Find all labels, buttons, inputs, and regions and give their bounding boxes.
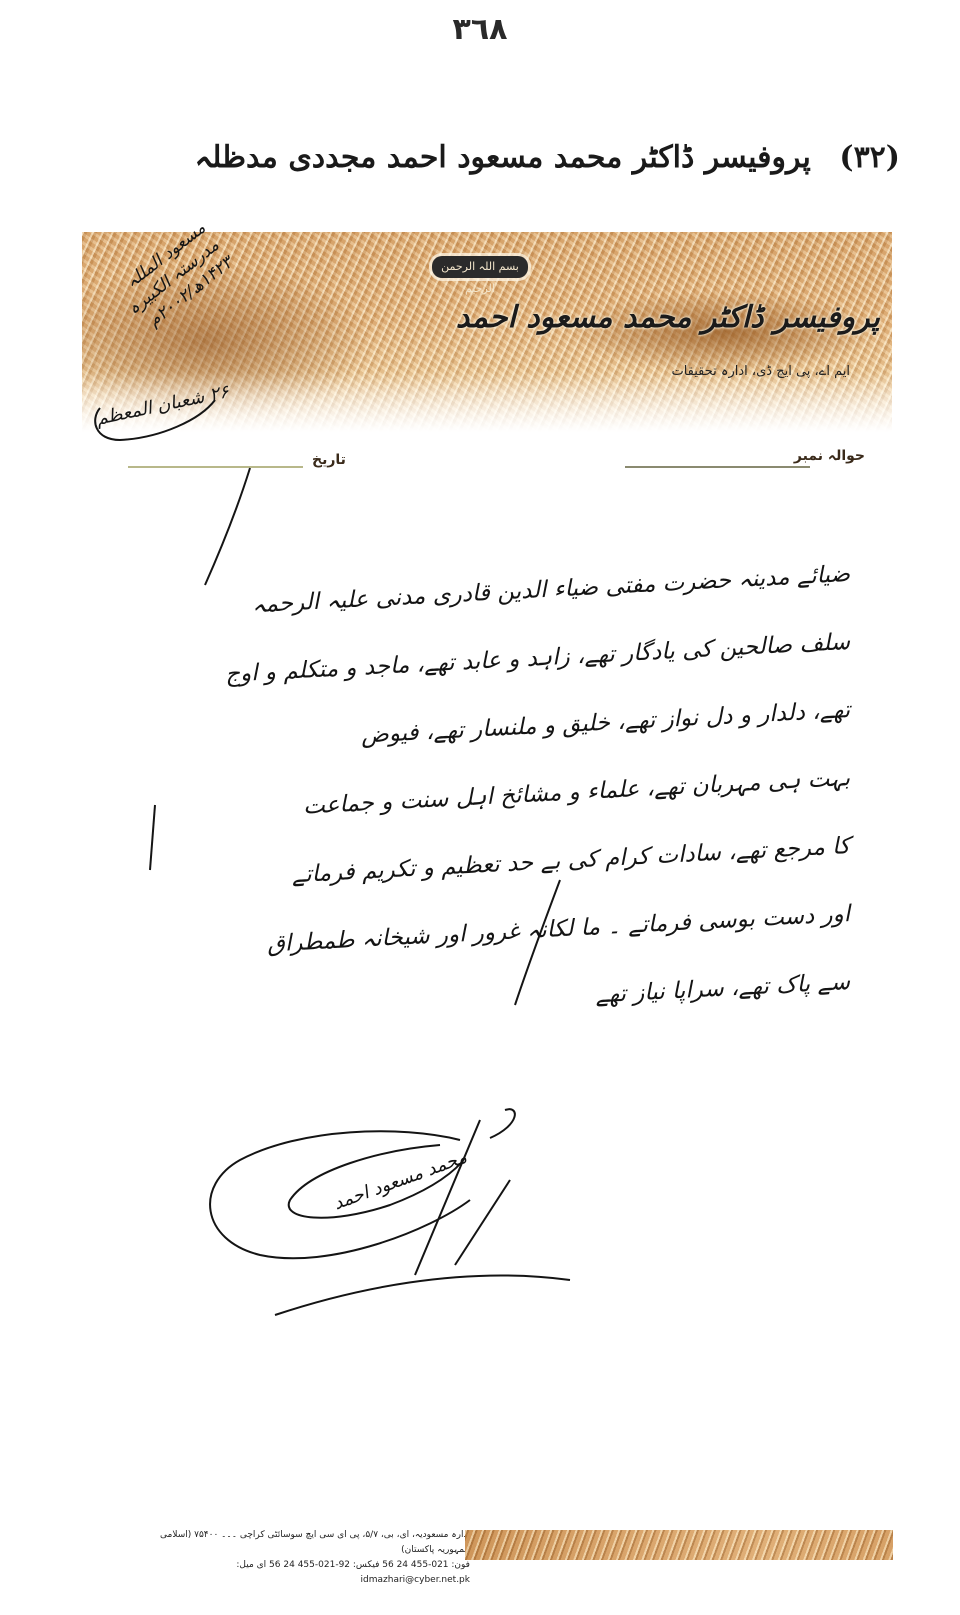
reference-number-line [625,466,810,468]
section-heading: (۳۲) پروفیسر ڈاکٹر محمد مسعود احمد مجددی… [195,140,900,175]
reference-number-label: حوالہ نمبر [794,448,865,464]
page-number: ۳٦۸ [0,12,960,47]
date-label: تاریخ [312,452,346,468]
letterhead-footer: ادارہ مسعودیہ، ای، بی، ۵/۷، پی ای سی ایچ… [120,1528,895,1568]
footer-contact: فون: 021-455 24 56 فیکس: 92-021-455 24 5… [130,1558,470,1588]
section-number: (۳۲) [839,140,900,175]
letterhead-credentials: ایم اے، پی ایچ ڈی، ادارہ تحقیقات [671,364,850,379]
section-title: پروفیسر ڈاکٹر محمد مسعود احمد مجددی مدظل… [195,140,811,175]
bismillah-emblem-icon: بسم اللہ الرحمن الرحیم [432,256,528,278]
footer-texture-strip [465,1530,893,1560]
footer-text: ادارہ مسعودیہ، ای، بی، ۵/۷، پی ای سی ایچ… [130,1528,470,1588]
letterhead-name: پروفیسر ڈاکٹر محمد مسعود احمد [456,300,880,335]
footer-address: ادارہ مسعودیہ، ای، بی، ۵/۷، پی ای سی ایچ… [130,1528,470,1558]
signature-flourish [200,1090,580,1320]
letter-body: ضیائے مدینہ حضرت مفتی ضیاء الدین قادری م… [110,540,850,1016]
date-line [128,466,303,468]
